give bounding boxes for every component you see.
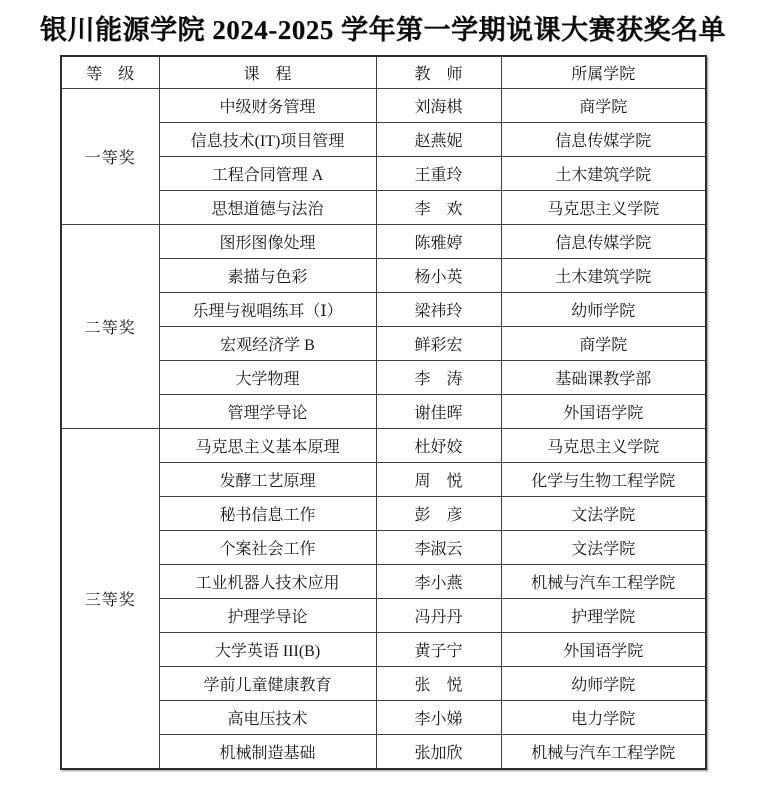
- grade-cell: 一等奖: [61, 89, 159, 225]
- college-cell: 土木建筑学院: [501, 157, 706, 191]
- course-cell: 图形图像处理: [159, 225, 376, 259]
- teacher-cell: 杜妤姣: [376, 429, 501, 463]
- table-row: 二等奖图形图像处理陈雅婷信息传媒学院: [61, 225, 706, 259]
- course-cell: 高电压技术: [159, 701, 376, 735]
- teacher-cell: 陈雅婷: [376, 225, 501, 259]
- grade-cell: 三等奖: [61, 429, 159, 770]
- teacher-cell: 李 欢: [376, 191, 501, 225]
- college-cell: 外国语学院: [501, 633, 706, 667]
- course-cell: 马克思主义基本原理: [159, 429, 376, 463]
- teacher-cell: 杨小英: [376, 259, 501, 293]
- document-page: 银川能源学院 2024-2025 学年第一学期说课大赛获奖名单 等 级 课 程 …: [0, 0, 766, 796]
- teacher-cell: 李淑云: [376, 531, 501, 565]
- college-cell: 商学院: [501, 89, 706, 123]
- course-cell: 学前儿童健康教育: [159, 667, 376, 701]
- college-cell: 化学与生物工程学院: [501, 463, 706, 497]
- college-cell: 机械与汽车工程学院: [501, 565, 706, 599]
- table-body: 一等奖中级财务管理刘海棋商学院信息技术(IT)项目管理赵燕妮信息传媒学院工程合同…: [61, 89, 706, 770]
- college-cell: 信息传媒学院: [501, 123, 706, 157]
- teacher-cell: 刘海棋: [376, 89, 501, 123]
- header-cell-course: 课 程: [159, 56, 376, 89]
- course-cell: 宏观经济学 B: [159, 327, 376, 361]
- header-cell-grade: 等 级: [61, 56, 159, 89]
- course-cell: 机械制造基础: [159, 735, 376, 770]
- teacher-cell: 张加欣: [376, 735, 501, 770]
- teacher-cell: 谢佳晖: [376, 395, 501, 429]
- college-cell: 电力学院: [501, 701, 706, 735]
- course-cell: 大学物理: [159, 361, 376, 395]
- course-cell: 护理学导论: [159, 599, 376, 633]
- college-cell: 信息传媒学院: [501, 225, 706, 259]
- college-cell: 马克思主义学院: [501, 191, 706, 225]
- course-cell: 个案社会工作: [159, 531, 376, 565]
- college-cell: 幼师学院: [501, 293, 706, 327]
- course-cell: 管理学导论: [159, 395, 376, 429]
- college-cell: 土木建筑学院: [501, 259, 706, 293]
- course-cell: 发酵工艺原理: [159, 463, 376, 497]
- header-cell-teacher: 教 师: [376, 56, 501, 89]
- college-cell: 幼师学院: [501, 667, 706, 701]
- table-header-row: 等 级 课 程 教 师 所属学院: [61, 56, 706, 89]
- page-title: 银川能源学院 2024-2025 学年第一学期说课大赛获奖名单: [0, 8, 766, 47]
- table-row: 三等奖马克思主义基本原理杜妤姣马克思主义学院: [61, 429, 706, 463]
- teacher-cell: 王重玲: [376, 157, 501, 191]
- course-cell: 素描与色彩: [159, 259, 376, 293]
- header-cell-college: 所属学院: [501, 56, 706, 89]
- teacher-cell: 鲜彩宏: [376, 327, 501, 361]
- course-cell: 思想道德与法治: [159, 191, 376, 225]
- teacher-cell: 赵燕妮: [376, 123, 501, 157]
- course-cell: 工程合同管理 A: [159, 157, 376, 191]
- course-cell: 乐理与视唱练耳（Ⅰ）: [159, 293, 376, 327]
- teacher-cell: 彭 彦: [376, 497, 501, 531]
- teacher-cell: 梁祎玲: [376, 293, 501, 327]
- teacher-cell: 张 悦: [376, 667, 501, 701]
- course-cell: 秘书信息工作: [159, 497, 376, 531]
- college-cell: 护理学院: [501, 599, 706, 633]
- teacher-cell: 李小燕: [376, 565, 501, 599]
- teacher-cell: 李小娣: [376, 701, 501, 735]
- course-cell: 中级财务管理: [159, 89, 376, 123]
- teacher-cell: 李 涛: [376, 361, 501, 395]
- teacher-cell: 冯丹丹: [376, 599, 501, 633]
- course-cell: 大学英语 III(B): [159, 633, 376, 667]
- awards-table: 等 级 课 程 教 师 所属学院 一等奖中级财务管理刘海棋商学院信息技术(IT)…: [60, 55, 707, 770]
- college-cell: 马克思主义学院: [501, 429, 706, 463]
- college-cell: 商学院: [501, 327, 706, 361]
- college-cell: 文法学院: [501, 497, 706, 531]
- college-cell: 基础课教学部: [501, 361, 706, 395]
- college-cell: 文法学院: [501, 531, 706, 565]
- teacher-cell: 周 悦: [376, 463, 501, 497]
- college-cell: 外国语学院: [501, 395, 706, 429]
- table-row: 一等奖中级财务管理刘海棋商学院: [61, 89, 706, 123]
- grade-cell: 二等奖: [61, 225, 159, 429]
- course-cell: 信息技术(IT)项目管理: [159, 123, 376, 157]
- teacher-cell: 黄子宁: [376, 633, 501, 667]
- college-cell: 机械与汽车工程学院: [501, 735, 706, 770]
- course-cell: 工业机器人技术应用: [159, 565, 376, 599]
